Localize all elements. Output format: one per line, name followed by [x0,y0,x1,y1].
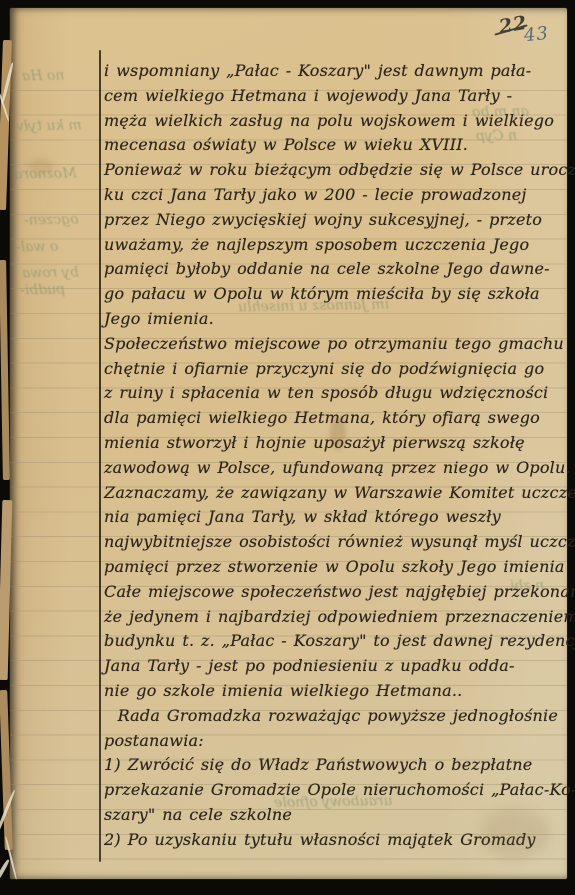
manuscript-line: cem wielkiego Hetmana i wojewody Jana Ta… [104,84,562,109]
manuscript-line: Jego imienia. [104,307,562,332]
manuscript-line: i wspomniany „Pałac - Koszary" jest dawn… [104,59,562,84]
manuscript-line: Zaznaczamy, że zawiązany w Warszawie Kom… [104,481,562,506]
bleedthrough-fragment: pudbi- [20,282,65,299]
manuscript-line: szary" na cele szkolne [104,803,562,828]
manuscript-line: zawodową w Polsce, ufundowaną przez nieg… [104,456,562,481]
manuscript-line: nia pamięci Jana Tarły, w skład którego … [104,505,562,530]
manuscript-line: że jedynem i najbardziej odpowiedniem pr… [104,605,562,630]
notebook-page: 22 43 no Ham ku tyłvMoznoraogczen-o wal-… [10,8,567,879]
page-number-current: 43 [523,23,550,46]
bleedthrough-fragment: ogczen- [24,212,79,229]
manuscript-line: Rada Gromadzka rozważając powyższe jedno… [104,704,562,729]
margin-rule-line [99,50,101,862]
manuscript-line: przez Niego zwycięskiej wojny sukcesyjne… [104,208,562,233]
bleedthrough-fragment: by rowa [22,265,79,282]
scanned-document: 22 43 no Ham ku tyłvMoznoraogczen-o wal-… [0,0,575,895]
manuscript-line: budynku t. z. „Pałac - Koszary" to jest … [104,629,562,654]
manuscript-line: 2) Po uzyskaniu tytułu własności majątek… [104,828,562,853]
manuscript-line: go pałacu w Opolu w którym mieściła by s… [104,282,562,307]
manuscript-line: mecenasa oświaty w Polsce w wieku XVIII. [104,133,562,158]
manuscript-line: ku czci Jana Tarły jako w 200 - lecie pr… [104,183,562,208]
manuscript-line: najwybitniejsze osobistości również wysu… [104,530,562,555]
paper-fiber [0,859,10,884]
manuscript-line: pamięci przez stworzenie w Opolu szkoły … [104,555,562,580]
paper-fiber [0,92,10,121]
manuscript-line: z ruiny i spłacenia w ten sposób długu w… [104,381,562,406]
bleedthrough-fragment: o wal- [16,239,59,256]
manuscript-line: Ponieważ w roku bieżącym odbędzie się w … [104,158,562,183]
manuscript-line: pamięci byłoby oddanie na cele szkolne J… [104,257,562,282]
manuscript-line: nie go szkole imienia wielkiego Hetmana.… [104,679,562,704]
manuscript-line: Społeczeństwo miejscowe po otrzymaniu te… [104,332,562,357]
manuscript-line: chętnie i ofiarnie przyczyni się do podź… [104,357,562,382]
manuscript-line: Całe miejscowe społeczeństwo jest najgłę… [104,580,562,605]
bleedthrough-fragment: Moznora [14,165,77,182]
manuscript-line: uważamy, że najlepszym sposobem uczczeni… [104,233,562,258]
manuscript-line: przekazanie Gromadzie Opole nieruchomośc… [104,778,562,803]
manuscript-text: i wspomniany „Pałac - Koszary" jest dawn… [104,59,562,853]
paper-stain [28,158,54,174]
manuscript-line: Jana Tarły - jest po podniesieniu z upad… [104,654,562,679]
bleedthrough-fragment: no Ha [22,68,65,85]
bleedthrough-fragment: m ku tyłv [16,117,82,134]
manuscript-line: męża wielkich zasług na polu wojskowem i… [104,109,562,134]
manuscript-line: mienia stworzył i hojnie uposażył pierws… [104,431,562,456]
manuscript-line: dla pamięci wielkiego Hetmana, który ofi… [104,406,562,431]
torn-edge-shard [0,260,10,480]
manuscript-line: postanawia: [104,729,562,754]
manuscript-line: 1) Zwrócić się do Władz Państwowych o be… [104,753,562,778]
